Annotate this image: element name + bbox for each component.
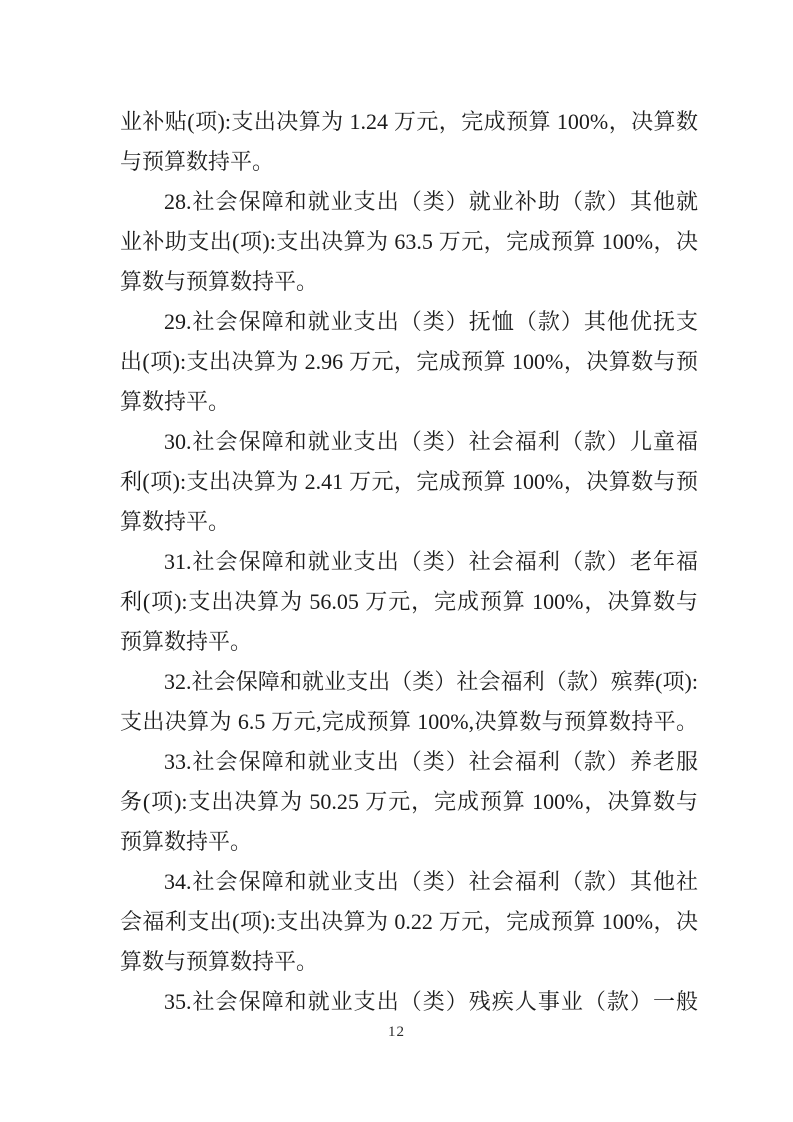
text-block: 业补贴(项):支出决算为 1.24 万元，完成预算 100%，决算数与预算数持平… <box>120 102 698 1022</box>
text-line: 31.社会保障和就业支出（类）社会福利（款）老年福 <box>120 542 698 582</box>
text-line: 利(项):支出决算为 56.05 万元，完成预算 100%，决算数与 <box>120 582 698 622</box>
text-line: 算数与预算数持平。 <box>120 262 698 302</box>
text-line: 32.社会保障和就业支出（类）社会福利（款）殡葬(项): <box>120 662 698 702</box>
text-line: 29.社会保障和就业支出（类）抚恤（款）其他优抚支 <box>120 302 698 342</box>
text-line: 务(项):支出决算为 50.25 万元，完成预算 100%，决算数与 <box>120 782 698 822</box>
text-line: 出(项):支出决算为 2.96 万元，完成预算 100%，决算数与预 <box>120 342 698 382</box>
document-page: 业补贴(项):支出决算为 1.24 万元，完成预算 100%，决算数与预算数持平… <box>0 0 793 1122</box>
page-number: 12 <box>0 1024 793 1041</box>
text-line: 算数与预算数持平。 <box>120 942 698 982</box>
text-line: 会福利支出(项):支出决算为 0.22 万元，完成预算 100%，决 <box>120 902 698 942</box>
text-line: 28.社会保障和就业支出（类）就业补助（款）其他就 <box>120 182 698 222</box>
text-line: 30.社会保障和就业支出（类）社会福利（款）儿童福 <box>120 422 698 462</box>
text-line: 预算数持平。 <box>120 822 698 862</box>
text-line: 利(项):支出决算为 2.41 万元，完成预算 100%，决算数与预 <box>120 462 698 502</box>
text-line: 算数持平。 <box>120 382 698 422</box>
text-line: 预算数持平。 <box>120 622 698 662</box>
text-line: 算数持平。 <box>120 502 698 542</box>
text-line: 支出决算为 6.5 万元,完成预算 100%,决算数与预算数持平。 <box>120 702 698 742</box>
text-line: 33.社会保障和就业支出（类）社会福利（款）养老服 <box>120 742 698 782</box>
text-line: 与预算数持平。 <box>120 142 698 182</box>
text-line: 34.社会保障和就业支出（类）社会福利（款）其他社 <box>120 862 698 902</box>
text-line: 业补贴(项):支出决算为 1.24 万元，完成预算 100%，决算数 <box>120 102 698 142</box>
text-line: 业补助支出(项):支出决算为 63.5 万元，完成预算 100%，决 <box>120 222 698 262</box>
text-line: 35.社会保障和就业支出（类）残疾人事业（款）一般 <box>120 982 698 1022</box>
